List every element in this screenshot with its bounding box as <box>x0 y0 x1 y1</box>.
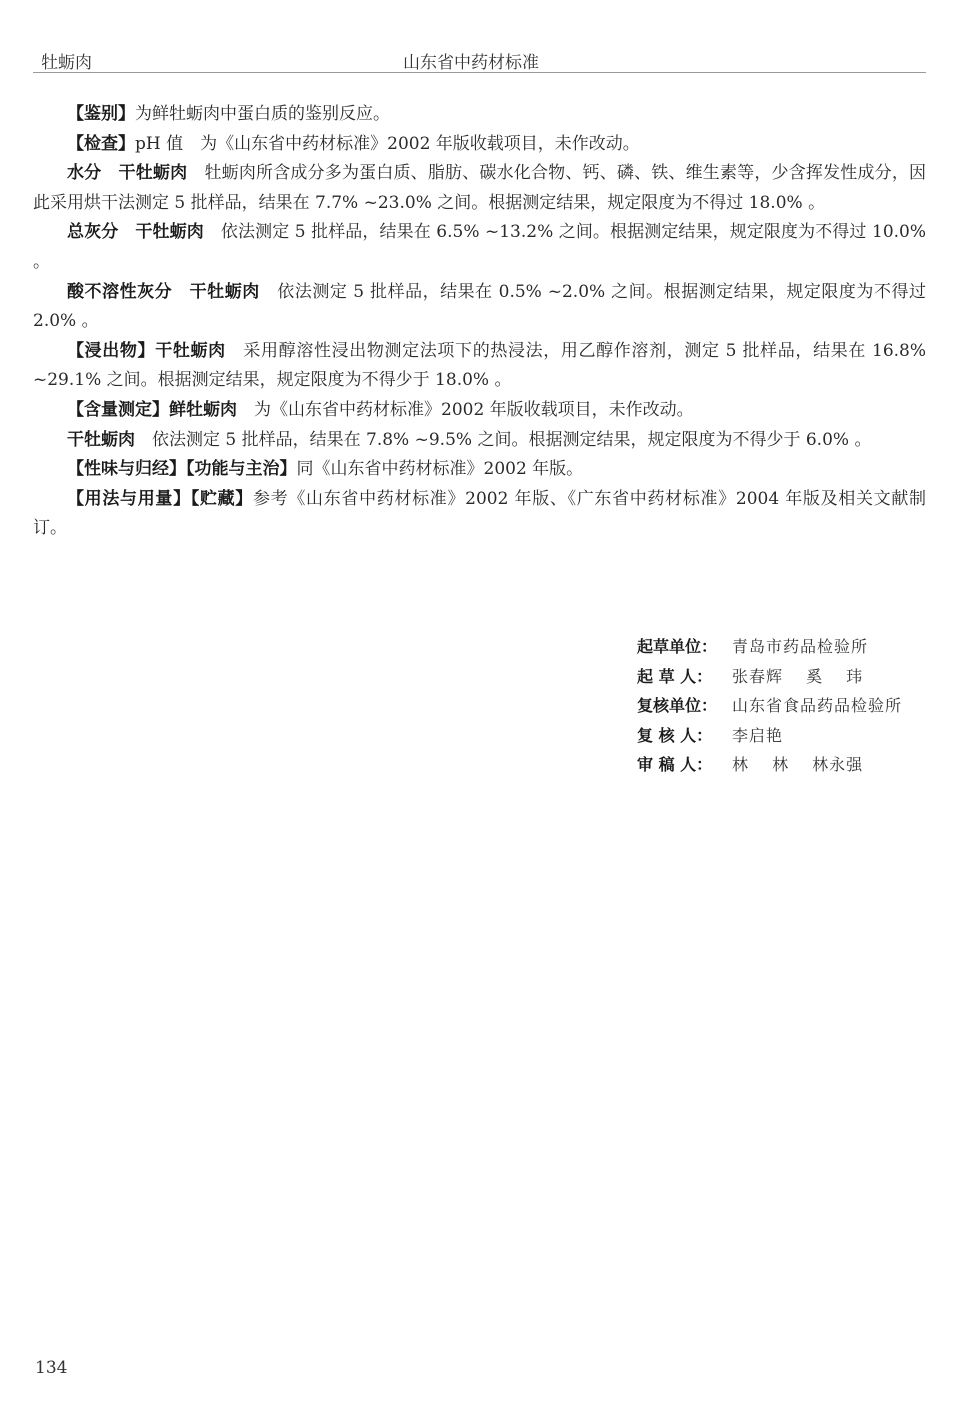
section-label: 【鉴别】 <box>67 104 135 124</box>
credit-value: 李启艳 <box>732 726 783 745</box>
paragraph-total-ash: 总灰分干牡蛎肉依法测定 5 批样品，结果在 6.5% ~13.2% 之间。根据测… <box>33 218 926 277</box>
paragraph-text: 为鲜牡蛎肉中蛋白质的鉴别反应。 <box>135 104 390 124</box>
sub-label: pH 值 <box>135 134 183 154</box>
paragraph-usage-storage: 【用法与用量】【贮藏】参考《山东省中药材标准》2002 年版、《广东省中药材标准… <box>33 485 926 544</box>
section-label: 【性味与归经】【功能与主治】 <box>67 459 297 479</box>
credit-drafting-unit: 起草单位：青岛市药品检验所 <box>637 632 902 662</box>
header-book-title: 山东省中药材标准 <box>403 48 539 73</box>
credit-label: 审 稿 人： <box>637 750 732 780</box>
paragraph-text: 为《山东省中药材标准》2002 年版收载项目，未作改动。 <box>254 400 694 420</box>
sub-label: 鲜牡蛎肉 <box>169 400 237 420</box>
section-label: 酸不溶性灰分 <box>67 282 172 302</box>
credit-value: 张春辉 奚 玮 <box>732 667 863 686</box>
paragraph-assay-dried: 干牡蛎肉依法测定 5 批样品，结果在 7.8% ~9.5% 之间。根据测定结果，… <box>33 426 926 456</box>
page-number: 134 <box>35 1358 67 1378</box>
body-content: 【鉴别】为鲜牡蛎肉中蛋白质的鉴别反应。 【检查】pH 值为《山东省中药材标准》2… <box>33 100 926 544</box>
sub-label: 干牡蛎肉 <box>135 222 204 242</box>
header-section-title: 牡蛎肉 <box>41 48 92 73</box>
credit-value: 林 林 林永强 <box>732 755 863 774</box>
paragraph-extract: 【浸出物】干牡蛎肉采用醇溶性浸出物测定法项下的热浸法，用乙醇作溶剂，测定 5 批… <box>33 337 926 396</box>
section-label: 【用法与用量】【贮藏】 <box>67 489 253 509</box>
section-label: 【检查】 <box>67 134 135 154</box>
credit-label: 起草单位： <box>637 632 732 662</box>
sub-label: 干牡蛎肉 <box>189 282 260 302</box>
sub-label: 干牡蛎肉 <box>155 341 226 361</box>
credit-review-unit: 复核单位：山东省食品药品检验所 <box>637 691 902 721</box>
section-label: 【含量测定】 <box>67 400 169 420</box>
credit-editor: 审 稿 人：林 林 林永强 <box>637 750 902 780</box>
paragraph-acid-insoluble-ash: 酸不溶性灰分干牡蛎肉依法测定 5 批样品，结果在 0.5% ~2.0% 之间。根… <box>33 278 926 337</box>
credit-label: 复 核 人： <box>637 721 732 751</box>
paragraph-inspection-ph: 【检查】pH 值为《山东省中药材标准》2002 年版收载项目，未作改动。 <box>33 130 926 160</box>
credit-value: 山东省食品药品检验所 <box>732 696 902 715</box>
paragraph-moisture: 水分干牡蛎肉牡蛎肉所含成分多为蛋白质、脂肪、碳水化合物、钙、磷、铁、维生素等，少… <box>33 159 926 218</box>
paragraph-nature-function: 【性味与归经】【功能与主治】同《山东省中药材标准》2002 年版。 <box>33 455 926 485</box>
credit-label: 复核单位： <box>637 691 732 721</box>
paragraph-identification: 【鉴别】为鲜牡蛎肉中蛋白质的鉴别反应。 <box>33 100 926 130</box>
paragraph-text: 为《山东省中药材标准》2002 年版收载项目，未作改动。 <box>200 134 640 154</box>
section-label: 总灰分 <box>67 222 118 242</box>
sub-label: 干牡蛎肉 <box>67 430 135 450</box>
credit-label: 起 草 人： <box>637 662 732 692</box>
paragraph-text: 依法测定 5 批样品，结果在 7.8% ~9.5% 之间。根据测定结果，规定限度… <box>152 430 871 450</box>
credit-drafter: 起 草 人：张春辉 奚 玮 <box>637 662 902 692</box>
sub-label: 干牡蛎肉 <box>118 163 187 183</box>
paragraph-text: 同《山东省中药材标准》2002 年版。 <box>297 459 584 479</box>
paragraph-assay-fresh: 【含量测定】鲜牡蛎肉为《山东省中药材标准》2002 年版收载项目，未作改动。 <box>33 396 926 426</box>
running-header: 牡蛎肉 山东省中药材标准 <box>33 46 926 73</box>
section-label: 水分 <box>67 163 101 183</box>
section-label: 【浸出物】 <box>67 341 155 361</box>
credit-reviewer: 复 核 人：李启艳 <box>637 721 902 751</box>
credit-value: 青岛市药品检验所 <box>732 637 868 656</box>
credits-block: 起草单位：青岛市药品检验所 起 草 人：张春辉 奚 玮 复核单位：山东省食品药品… <box>637 632 902 780</box>
